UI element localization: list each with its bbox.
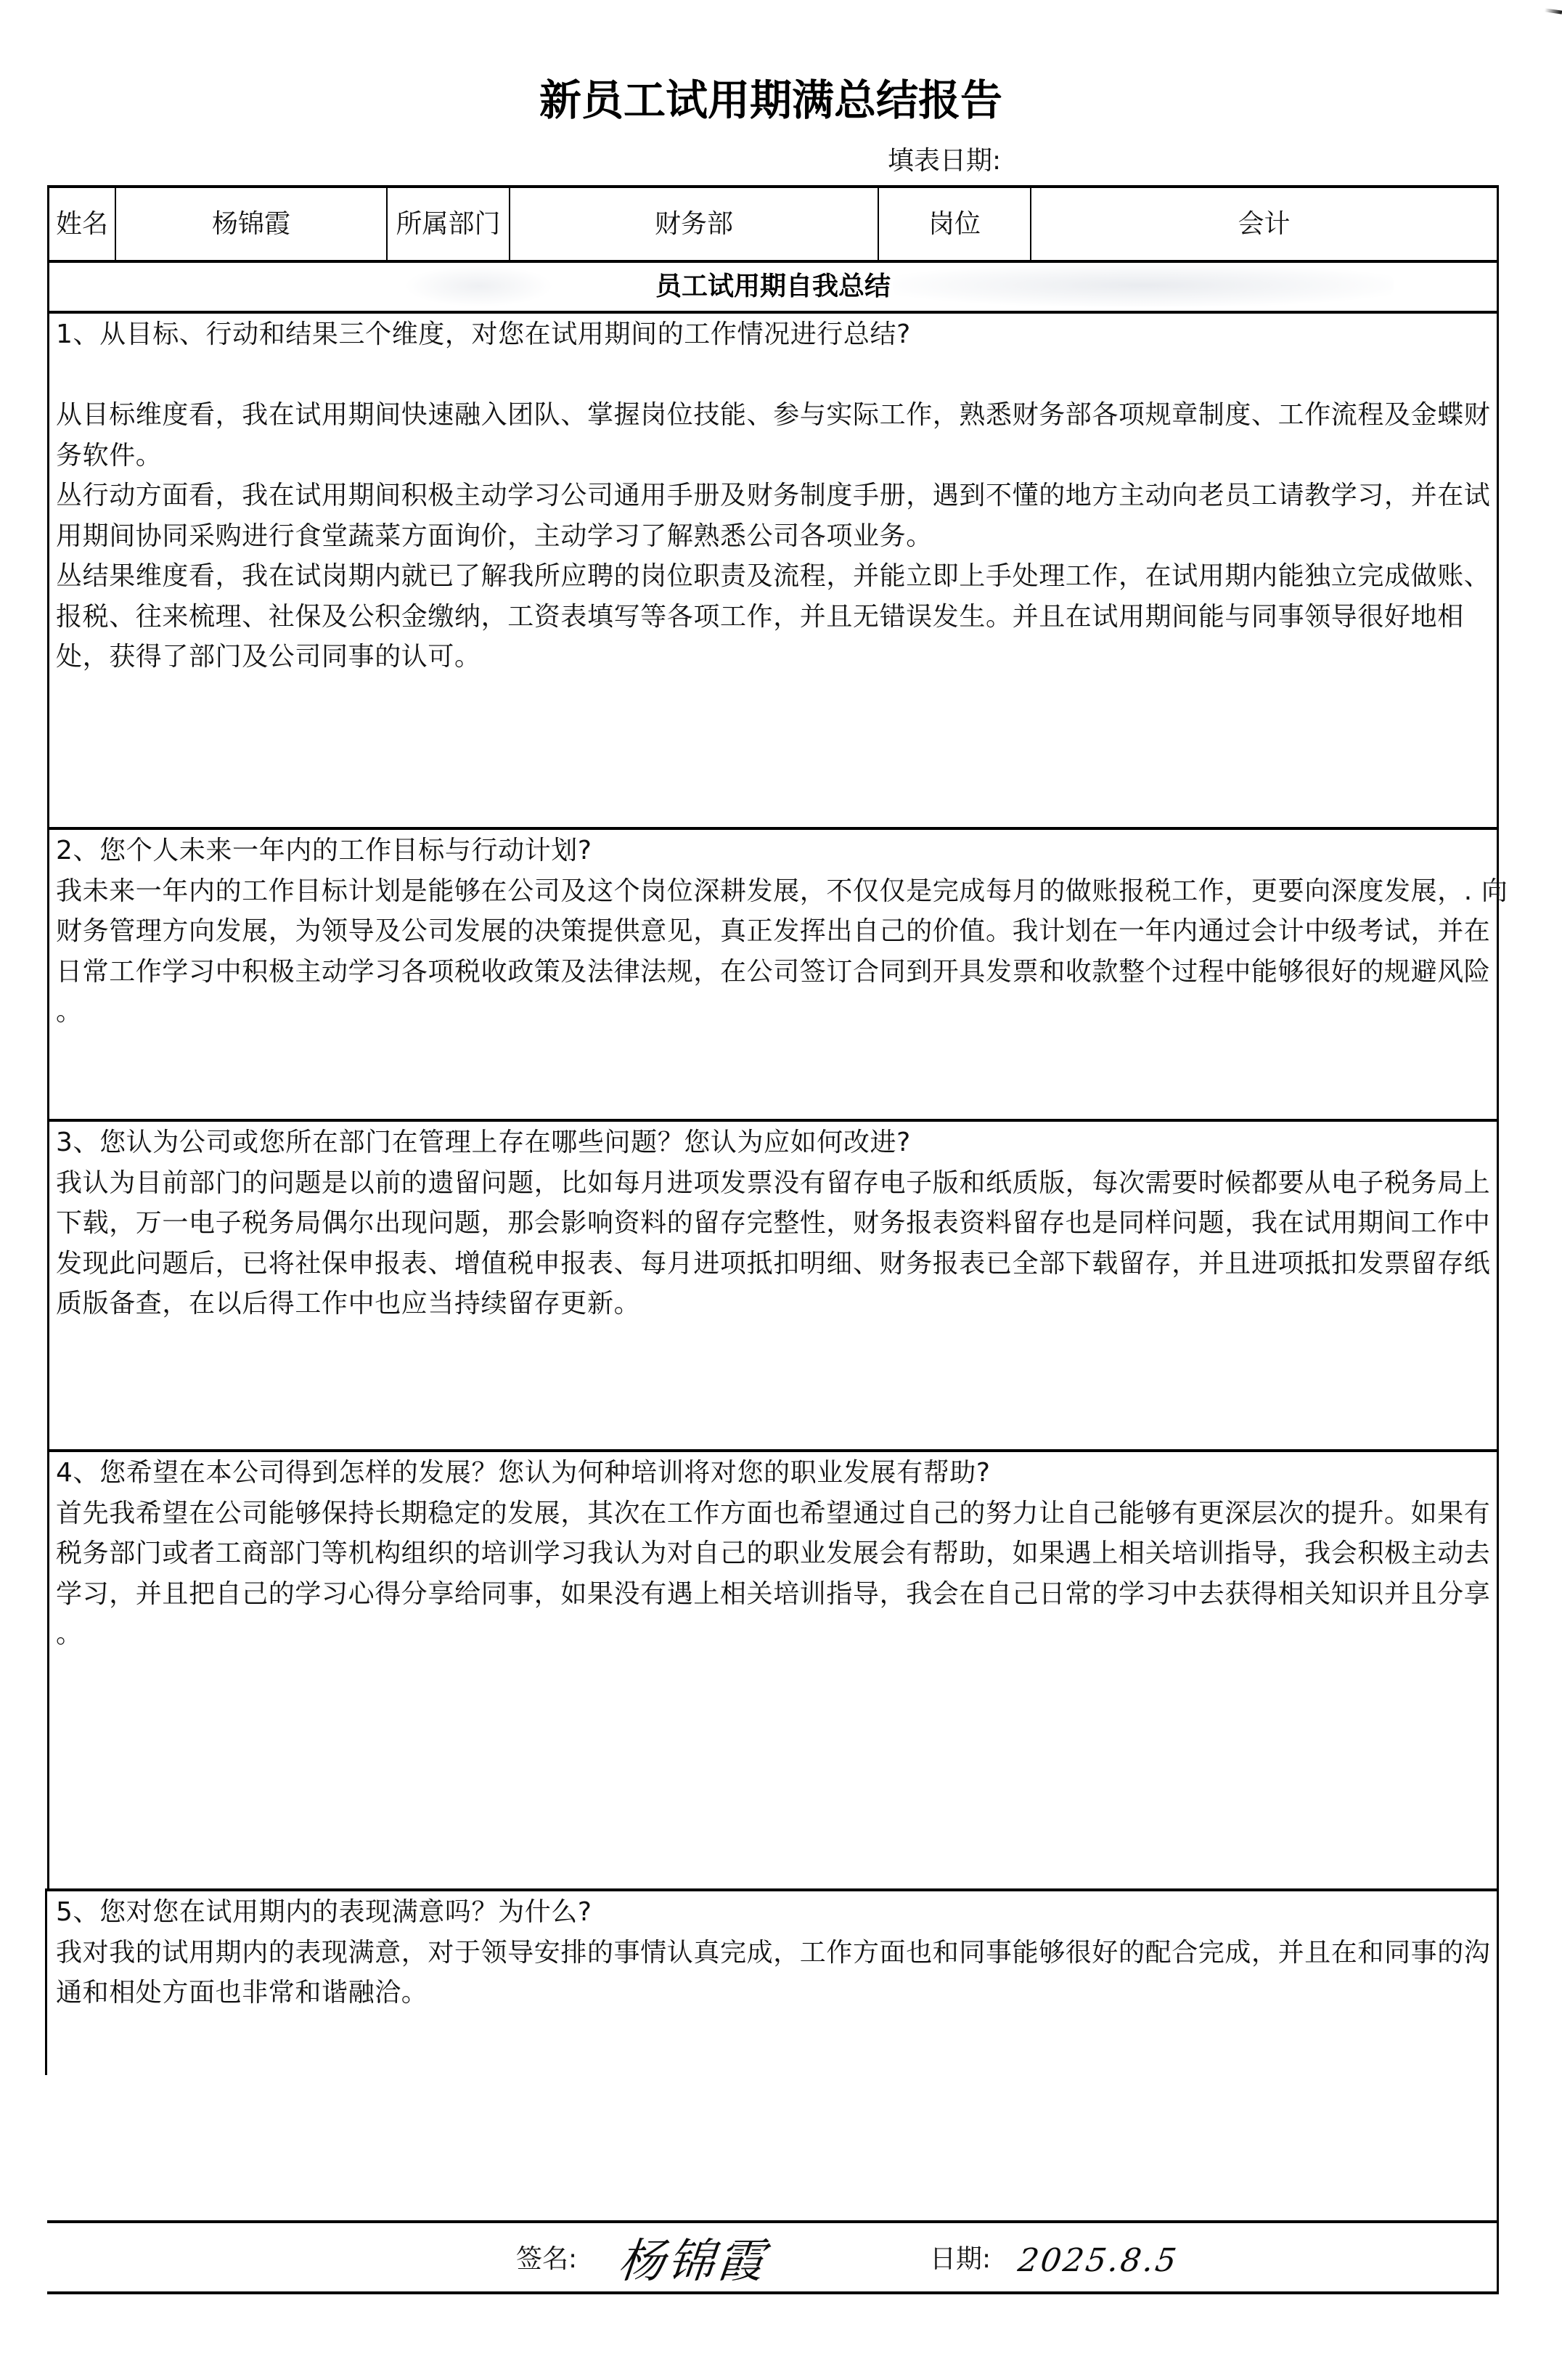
blank-line xyxy=(56,355,1490,396)
answer-line: 税务部门或者工商部门等机构组织的培训学习我认为对自己的职业发展会有帮助，如果遇上… xyxy=(56,1533,1490,1574)
answer-line: 用期间协同采购进行食堂蔬菜方面询价，主动学习了解熟悉公司各项业务。 xyxy=(56,516,1490,557)
handwritten-date: 2025.8.5 xyxy=(1015,2239,1181,2283)
answer-line: 财务管理方向发展，为领导及公司发展的决策提供意见，真正发挥出自己的价值。我计划在… xyxy=(56,911,1490,952)
date-label: 日期: xyxy=(930,2245,991,2274)
name-label: 姓名 xyxy=(49,188,115,260)
scan-mark xyxy=(1545,8,1562,14)
position-label: 岗位 xyxy=(878,188,1030,260)
answer-line: 丛行动方面看，我在试用期间积极主动学习公司通用手册及财务制度手册，遇到不懂的地方… xyxy=(56,476,1490,516)
department-label: 所属部门 xyxy=(386,188,509,260)
answer-line: 处，获得了部门及公司同事的认可。 xyxy=(56,637,1490,677)
handwritten-signature: 杨锦霞 xyxy=(615,2230,769,2293)
answer-line: 我认为目前部门的问题是以前的遗留问题，比如每月进项发票没有留存电子版和纸质版，每… xyxy=(56,1163,1490,1204)
answer-line: 通和相处方面也非常和谐融洽。 xyxy=(56,1973,1490,2013)
summary-section-1: 1、从目标、行动和结果三个维度，对您在试用期间的工作情况进行总结? 从目标维度看… xyxy=(47,311,1499,827)
summary-section-2: 2、您个人未来一年内的工作目标与行动计划? 我未来一年内的工作目标计划是能够在公… xyxy=(47,827,1499,1119)
question-4: 4、您希望在本公司得到怎样的发展？您认为何种培训将对您的职业发展有帮助? xyxy=(56,1453,1490,1493)
answer-line: 。 xyxy=(56,1614,1490,1655)
name-value: 杨锦霞 xyxy=(115,188,386,260)
signature-label: 签名: xyxy=(516,2245,577,2274)
answer-line: 质版备查，在以后得工作中也应当持续留存更新。 xyxy=(56,1284,1490,1324)
signature-row: 签名: 杨锦霞 日期: 2025.8.5 xyxy=(47,2220,1499,2294)
page-title: 新员工试用期满总结报告 xyxy=(0,73,1542,128)
answer-line: 从目标维度看，我在试用期间快速融入团队、掌握岗位技能、参与实际工作，熟悉财务部各… xyxy=(56,395,1490,436)
answer-line: 务软件。 xyxy=(56,436,1490,476)
answer-line: 发现此问题后，已将社保申报表、增值税申报表、每月进项抵扣明细、财务报表已全部下载… xyxy=(56,1244,1490,1284)
answer-line: 我对我的试用期内的表现满意，对于领导安排的事情认真完成，工作方面也和同事能够很好… xyxy=(56,1933,1490,1973)
summary-section-4: 4、您希望在本公司得到怎样的发展？您认为何种培训将对您的职业发展有帮助? 首先我… xyxy=(47,1449,1499,1888)
summary-section-3: 3、您认为公司或您所在部门在管理上存在哪些问题？您认为应如何改进? 我认为目前部… xyxy=(47,1119,1499,1449)
answer-line: 丛结果维度看，我在试岗期内就已了解我所应聘的岗位职责及流程，并能立即上手处理工作… xyxy=(56,556,1490,597)
question-5: 5、您对您在试用期内的表现满意吗？为什么? xyxy=(56,1892,1490,1933)
question-2: 2、您个人未来一年内的工作目标与行动计划? xyxy=(56,831,1490,871)
answer-line: 我未来一年内的工作目标计划是能够在公司及这个岗位深耕发展，不仅仅是完成每月的做账… xyxy=(56,871,1490,912)
summary-section-5: 5、您对您在试用期内的表现满意吗？为什么? 我对我的试用期内的表现满意，对于领导… xyxy=(47,1888,1499,2220)
answer-line: 下载，万一电子税务局偶尔出现问题，那会影响资料的留存完整性，财务报表资料留存也是… xyxy=(56,1203,1490,1244)
answer-line: 首先我希望在公司能够保持长期稳定的发展，其次在工作方面也希望通过自己的努力让自己… xyxy=(56,1493,1490,1534)
answer-line: 报税、往来梳理、社保及公积金缴纳，工资表填写等各项工作，并且无错误发生。并且在试… xyxy=(56,597,1490,637)
question-3: 3、您认为公司或您所在部门在管理上存在哪些问题？您认为应如何改进? xyxy=(56,1122,1490,1163)
answer-line: 学习，并且把自己的学习心得分享给同事，如果没有遇上相关培训指导，我会在自己日常的… xyxy=(56,1574,1490,1615)
info-row: 姓名 杨锦霞 所属部门 财务部 岗位 会计 xyxy=(47,185,1499,260)
self-summary-header: 员工试用期自我总结 xyxy=(47,260,1499,311)
question-1: 1、从目标、行动和结果三个维度，对您在试用期间的工作情况进行总结? xyxy=(56,314,1490,355)
fill-date-label: 填表日期: xyxy=(888,147,1001,176)
answer-line: 。 xyxy=(56,992,1490,1032)
department-value: 财务部 xyxy=(509,188,878,260)
position-value: 会计 xyxy=(1030,188,1497,260)
answer-line: 日常工作学习中积极主动学习各项税收政策及法律法规，在公司签订合同到开具发票和收款… xyxy=(56,952,1490,993)
